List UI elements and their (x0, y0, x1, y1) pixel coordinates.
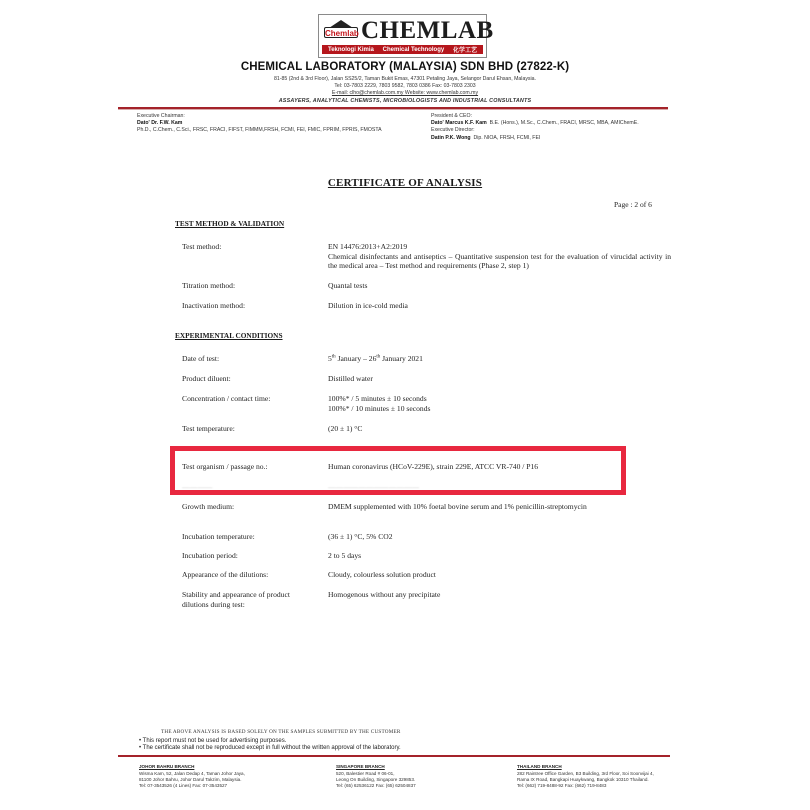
field-label: Growth medium: (182, 502, 234, 512)
field-label: Product diluent: (182, 374, 231, 384)
officer-role: President & CEO: (431, 113, 639, 120)
highlight-annotation-box (170, 446, 626, 495)
company-tagline: ASSAYERS, ANALYTICAL CHEMISTS, MICROBIOL… (0, 98, 810, 104)
page-number: Page : 2 of 6 (614, 200, 652, 209)
field-label: Inactivation method: (182, 301, 245, 311)
field-label: Incubation temperature: (182, 532, 255, 542)
section-test-method-heading: TEST METHOD & VALIDATION (175, 219, 284, 228)
footer-divider (118, 755, 670, 757)
field-label: Test temperature: (182, 424, 235, 434)
branch-title: THAILAND BRANCH (517, 764, 654, 770)
field-value: Distilled water (328, 374, 671, 384)
officer-name: Dato' Dr. F.W. Kam (137, 120, 182, 126)
branch-line: Tel: 07-3543526 (4 Lines) Fax: 07-354352… (139, 783, 245, 789)
field-value: Quantal tests (328, 281, 671, 291)
chemlab-logo: Chemlab CHEMLAB Teknologi Kimia Chemical… (318, 14, 487, 58)
branch-title: SINGAPORE BRANCH (336, 764, 416, 770)
field-label: Appearance of the dilutions: (182, 570, 268, 580)
field-value: Cloudy, colourless solution product (328, 570, 671, 580)
field-label: Titration method: (182, 281, 235, 291)
header-divider-shadow (118, 109, 668, 110)
concentration-line: 100%* / 10 minutes ± 10 seconds (328, 404, 671, 414)
footer-note: • The certificate shall not be reproduce… (139, 745, 401, 751)
officer-name: Dato' Marcus K.F. Kam (431, 120, 487, 126)
field-value: DMEM supplemented with 10% foetal bovine… (328, 502, 671, 512)
date-text: January – 26 (336, 354, 377, 363)
field-value: EN 14476:2013+A2:2019 Chemical disinfect… (328, 242, 671, 271)
field-value-date: 5th January – 26th January 2021 (328, 354, 671, 364)
field-value: Homogenous without any precipitate (328, 590, 671, 600)
field-label: Date of test: (182, 354, 219, 364)
branch-singapore: SINGAPORE BRANCH 520, Balestier Road # 0… (336, 764, 416, 789)
concentration-line: 100%* / 5 minutes ± 10 seconds (328, 394, 671, 404)
company-phone: Tel: 03-7803 2229, 7803 9582, 7803 0386 … (0, 83, 810, 89)
field-value: (20 ± 1) °C (328, 424, 671, 434)
logo-wordmark: CHEMLAB (361, 16, 494, 46)
officer-name: Datin P.K. Wong (431, 135, 471, 141)
logo-strip: Teknologi Kimia Chemical Technology 化学工艺 (322, 45, 483, 54)
chemlab-badge-icon: Chemlab (324, 20, 358, 40)
branch-line: Tel: (65) 62536122 Fax: (65) 62504837 (336, 783, 416, 789)
company-name: CHEMICAL LABORATORY (MALAYSIA) SDN BHD (… (0, 61, 810, 73)
officer-role: Executive Director: (431, 127, 639, 134)
footer-note: • This report must not be used for adver… (139, 738, 286, 744)
certificate-title: CERTIFICATE OF ANALYSIS (0, 177, 810, 189)
branch-line: Tel: (662) 719-8488-92 Fax: (662) 719-84… (517, 783, 654, 789)
branch-title: JOHOR BAHRU BRANCH (139, 764, 245, 770)
footer-disclaimer: THE ABOVE ANALYSIS IS BASED SOLELY ON TH… (161, 729, 401, 735)
officer-role: Executive Chairman: (137, 113, 382, 120)
officer-credentials: Ph.D., C.Chem., C.Sci., FRSC, FRACI, FIF… (137, 127, 382, 134)
field-label: Test method: (182, 242, 221, 252)
field-label: Concentration / contact time: (182, 394, 270, 404)
officers-left: Executive Chairman: Dato' Dr. F.W. Kam P… (137, 113, 382, 135)
field-label: Incubation period: (182, 551, 238, 561)
section-experimental-heading: EXPERIMENTAL CONDITIONS (175, 331, 283, 340)
field-value: Dilution in ice-cold media (328, 301, 671, 311)
officer-credentials: Dip. NIOA, FRSH, FCMI, FEI (473, 135, 540, 141)
company-contact-link[interactable]: E-mail: clho@chemlab.com.my Website: www… (0, 90, 810, 96)
field-value: (36 ± 1) °C, 5% CO2 (328, 532, 671, 542)
field-label: Stability and appearance of product dilu… (182, 590, 312, 609)
branch-johor-bahru: JOHOR BAHRU BRANCH Wisma Kam, 52, Jalan … (139, 764, 245, 789)
date-text: January 2021 (380, 354, 423, 363)
company-address: 81-85 (2nd & 3rd Floor), Jalan SS25/2, T… (0, 76, 810, 82)
officer-credentials: B.E. (Hons.), M.Sc., C.Chem., FRACI, MRS… (490, 120, 639, 126)
officers-right: President & CEO: Dato' Marcus K.F. Kam B… (431, 113, 639, 142)
test-description: Chemical disinfectants and antiseptics –… (328, 252, 671, 271)
test-standard: EN 14476:2013+A2:2019 (328, 242, 671, 252)
branch-thailand: THAILAND BRANCH 282 Raintree Office Gard… (517, 764, 654, 789)
field-value: 2 to 5 days (328, 551, 671, 561)
field-value: 100%* / 5 minutes ± 10 seconds 100%* / 1… (328, 394, 671, 413)
